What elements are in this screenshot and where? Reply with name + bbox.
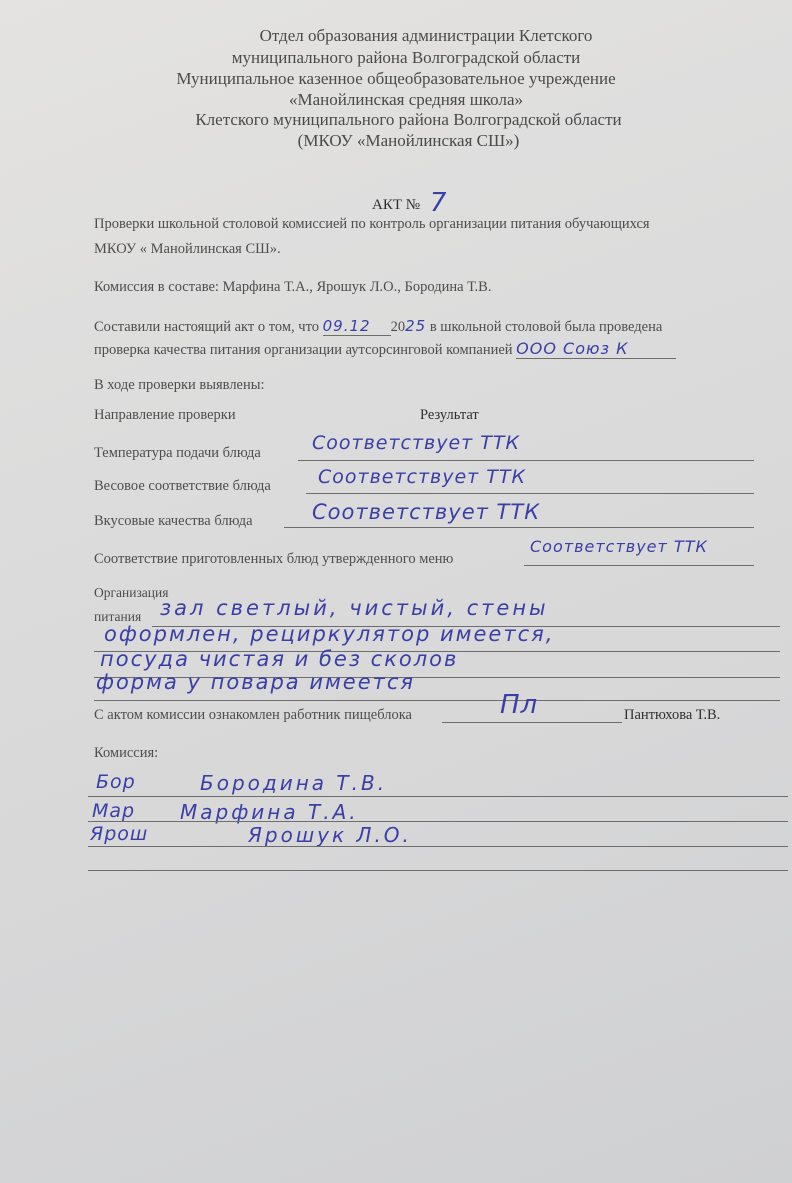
- acknowledgement-text: С актом комиссии ознакомлен работник пищ…: [94, 707, 412, 724]
- underline: [94, 700, 780, 701]
- statement-line2-prefix: проверка качества питания организации ау…: [94, 342, 513, 358]
- header-line-6: (МКОУ «Манойлинская СШ»): [0, 131, 792, 151]
- underline: [88, 870, 788, 871]
- statement-line-2: проверка качества питания организации ау…: [94, 339, 676, 359]
- commission-member-1: Бородина Т.В.: [200, 771, 387, 795]
- commission-label: Комиссия:: [94, 745, 158, 762]
- purpose-line-1: Проверки школьной столовой комиссией по …: [94, 216, 650, 233]
- findings-heading: В ходе проверки выявлены:: [94, 377, 265, 394]
- commission-signature-1: Бор: [96, 771, 136, 793]
- act-title: АКТ № 7: [372, 186, 447, 216]
- header-line-5: Клетского муниципального района Волгогра…: [0, 110, 792, 130]
- check-value-temperature: Соответствует ТТК: [312, 432, 520, 454]
- header-result: Результат: [420, 407, 479, 424]
- commission-signature-2: Мар: [92, 800, 135, 822]
- header-line-4: «Манойлинская средняя школа»: [0, 90, 792, 110]
- act-title-label: АКТ №: [372, 197, 420, 213]
- cook-name: Пантюхова Т.В.: [624, 707, 720, 724]
- organization-line-1: зал светлый, чистый, стены: [160, 596, 549, 620]
- underline: [284, 527, 754, 528]
- organization-line-2: оформлен, рециркулятор имеется,: [104, 622, 554, 646]
- check-value-weight: Соответствует ТТК: [318, 466, 526, 488]
- underline: [298, 460, 754, 461]
- commission-signature-3: Ярош: [90, 823, 148, 845]
- act-number: 7: [430, 188, 448, 218]
- statement-prefix: Составили настоящий акт о том, что: [94, 319, 319, 335]
- underline: [306, 493, 754, 494]
- underline: [442, 722, 622, 723]
- check-label-temperature: Температура подачи блюда: [94, 445, 261, 462]
- check-label-weight: Весовое соответствие блюда: [94, 478, 271, 495]
- check-value-taste: Соответствует ТТК: [312, 500, 540, 524]
- statement-date: 09.12: [323, 317, 391, 336]
- organization-label-1: Организация: [94, 585, 168, 601]
- check-label-taste: Вкусовые качества блюда: [94, 513, 253, 530]
- outsourcing-company: ООО Союз К: [516, 339, 676, 359]
- cook-signature: Пл: [500, 690, 538, 720]
- underline: [88, 796, 788, 797]
- header-direction: Направление проверки: [94, 407, 236, 424]
- underline: [88, 821, 788, 822]
- header-line-2: муниципального района Волгоградской обла…: [0, 48, 792, 68]
- header-line-3: Муниципальное казенное общеобразовательн…: [0, 69, 792, 89]
- statement-year-suffix: 25: [405, 317, 426, 335]
- check-value-menu: Соответствует ТТК: [530, 537, 708, 556]
- header-line-1: Отдел образования администрации Клетског…: [0, 26, 792, 46]
- underline: [88, 846, 788, 847]
- underline: [524, 565, 754, 566]
- organization-line-3: посуда чистая и без сколов: [100, 647, 458, 671]
- statement-line-1: Составили настоящий акт о том, что 09.12…: [94, 317, 662, 336]
- statement-suffix: в школьной столовой была проведена: [430, 319, 662, 335]
- commission-composition: Комиссия в составе: Марфина Т.А., Ярошук…: [94, 279, 491, 296]
- check-label-menu: Соответствие приготовленных блюд утвержд…: [94, 551, 453, 568]
- statement-year-prefix: 20: [391, 319, 406, 335]
- commission-member-3: Ярошук Л.О.: [248, 823, 412, 847]
- purpose-line-2: МКОУ « Манойлинская СШ».: [94, 241, 281, 258]
- act-document-page: Отдел образования администрации Клетског…: [0, 0, 792, 1183]
- organization-line-4: форма у повара имеется: [96, 670, 415, 694]
